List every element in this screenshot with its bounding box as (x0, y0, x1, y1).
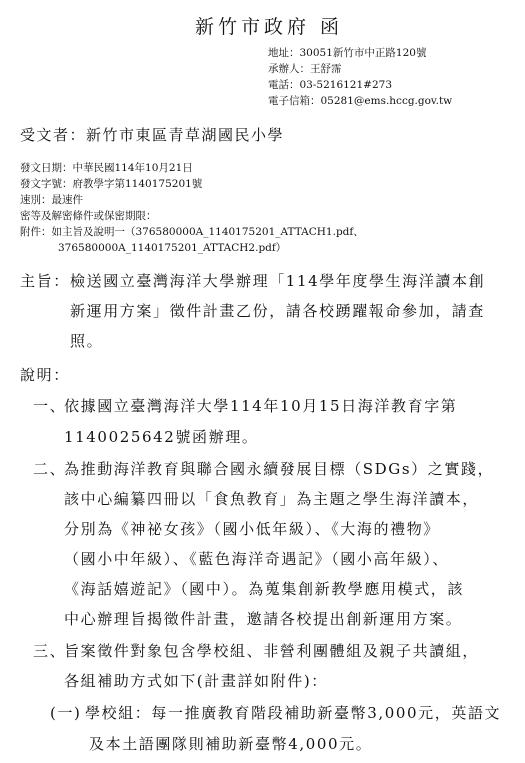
sub-item-marker: (一) (50, 702, 82, 723)
case-officer: 承辦人：王舒霈 (268, 62, 342, 77)
item-line: 各組補助方式如下(計畫詳如附件)： (64, 670, 328, 691)
item-marker: 一、 (33, 395, 66, 416)
subject-line: 照。 (70, 330, 103, 351)
document-number: 發文字號：府教學字第1140175201號 (20, 177, 202, 192)
address: 地址：30051新竹市中正路120號 (268, 46, 426, 61)
subject-line: 新運用方案」徵件計畫乙份，請各校踴躍報命參加，請查 (70, 300, 485, 321)
item-marker: 二、 (33, 458, 66, 479)
attachments-line-2[interactable]: 376580000A_1140175201_ATTACH2.pdf） (58, 241, 286, 256)
item-line: 分別為《神祕女孩》（國小低年級）、《大海的禮物》 (64, 518, 440, 539)
item-line: 1140025642號函辦理。 (64, 426, 258, 447)
subject-label: 主旨： (20, 270, 70, 291)
item-marker: 三、 (33, 640, 66, 661)
sub-item-line: 學校組：每一推廣教育階段補助新臺幣3,000元，英語文 (85, 702, 501, 723)
issue-date: 發文日期：中華民國114年10月21日 (20, 161, 193, 176)
item-line: 《海話嬉遊記》（國中）。為蒐集創新教學應用模式，該 (64, 578, 464, 599)
document-title: 新竹市政府 函 (195, 12, 343, 39)
recipient: 受文者：新竹市東區青草湖國民小學 (20, 124, 284, 145)
item-line: 該中心編纂四冊以「食魚教育」為主題之學生海洋讀本， (64, 488, 479, 509)
item-line: （國小中年級）、《藍色海洋奇遇記》（國小高年級）、 (64, 548, 449, 569)
explanation-label: 說明： (20, 364, 70, 385)
item-line: 依據國立臺灣海洋大學114年10月15日海洋教育字第 (64, 395, 457, 416)
item-line: 中心辦理旨揭徵件計畫，邀請各校提出創新運用方案。 (64, 608, 462, 629)
subject-line: 檢送國立臺灣海洋大學辦理「114學年度學生海洋讀本創 (70, 270, 485, 291)
sub-item-line: 及本土語團隊則補助新臺幣4,000元。 (89, 733, 372, 754)
urgency: 速別：最速件 (20, 193, 83, 208)
attachments-line-1[interactable]: 附件：如主旨及說明一（376580000A_1140175201_ATTACH1… (20, 225, 364, 240)
phone: 電話：03-5216121#273 (268, 78, 392, 93)
email: 電子信箱：05281@ems.hccg.gov.tw (268, 94, 452, 109)
confidentiality: 密等及解密條件或保密期限： (20, 209, 157, 224)
item-line: 旨案徵件對象包含學校組、非營利團體組及親子共讀組， (64, 640, 479, 661)
item-line: 為推動海洋教育與聯合國永續發展目標（SDGs）之實踐， (64, 458, 494, 479)
